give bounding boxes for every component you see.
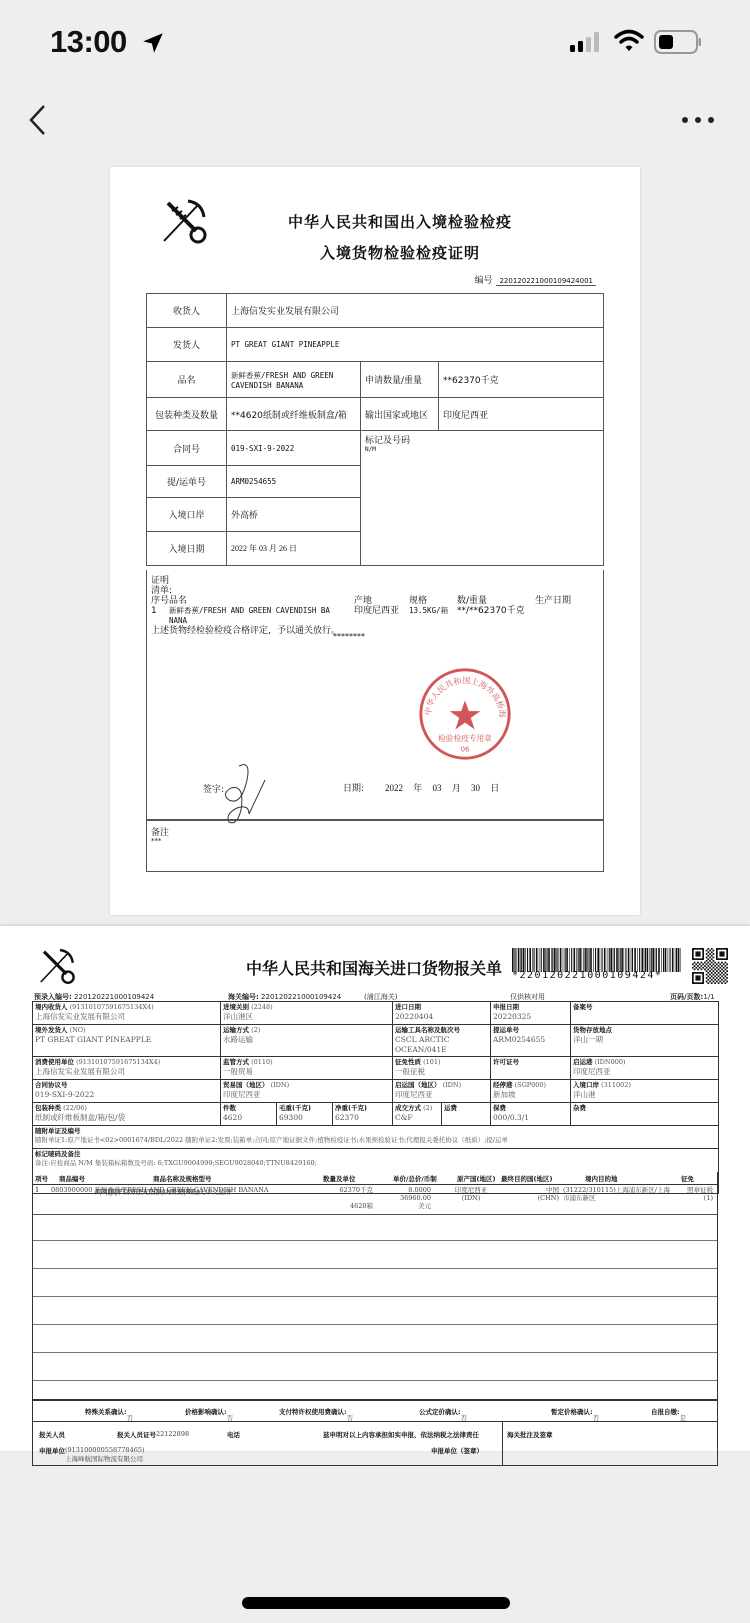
list-item: 1 新鲜香蕉/FRESH AND GREEN CAVENDISH BA 印度尼西… (151, 606, 595, 616)
goods-col-header: 单价/总价/币制 (393, 1174, 437, 1183)
entry-date-value: 2022 年 03 月 26 日 (227, 532, 361, 566)
origin-country-label: 输出国家或地区 (361, 398, 439, 431)
date-value: 2022 年 03 月 30 日 (385, 781, 499, 794)
item-name-cont: NANA (169, 616, 354, 626)
decl-field: 贸易国（地区） (IDN)印度尼西亚 (221, 1080, 393, 1103)
unit-stamp-label: 申报单位（签章） (431, 1446, 483, 1455)
item-spec: 13.5KG/箱 (409, 606, 457, 616)
goods-col-header: 商品名称及规格型号 (153, 1174, 212, 1183)
contract-value: 019-SXI-9-2022 (227, 431, 361, 466)
decl-field: 成交方式 (2)C&F (393, 1103, 442, 1126)
decl-field: 运费 (442, 1103, 491, 1126)
decl-field: 合同协议号 019-SXI-9-2022 (33, 1080, 221, 1103)
decl-field: 监管方式 (0110)一般贸易 (221, 1057, 393, 1080)
col-spec: 规格 (409, 596, 457, 606)
svg-text:检验检疫专用章: 检验检疫专用章 (438, 733, 492, 743)
decl-field: 消费使用单位 (91310107591675134X4)上海信发实业发展有限公司 (33, 1057, 221, 1080)
consignor-value: PT GREAT GIANT PINEAPPLE (227, 328, 604, 362)
goods-col-header: 商品编号 (59, 1174, 85, 1183)
col-origin: 产地 (354, 596, 409, 606)
serial-value: 220120221000109424001 (496, 277, 596, 286)
decl-field: 件数 4620 (221, 1103, 277, 1126)
decl-field: 申报日期 20220325 (491, 1002, 571, 1025)
origin-country-value: 印度尼西亚 (439, 398, 604, 431)
quantity-value: **62370千克 (439, 362, 604, 398)
item-no: 1 (151, 606, 169, 616)
product-value: 新鲜香蕉/FRESH AND GREEN CAVENDISH BANANA (227, 362, 361, 398)
entry-date-label: 入境日期 (147, 532, 227, 566)
customs-approval-label: 海关批注及签章 (507, 1430, 553, 1439)
list-label: 清单: (151, 586, 595, 596)
goods-col-header: 最终目的国(地区) (501, 1174, 552, 1183)
goods-col-header: 征免 (681, 1174, 694, 1183)
declaring-unit: 申报单位 (913100000558778465)上海峰航国际物流有限公司 (39, 1446, 65, 1455)
decl-field: 进境关别 (2248)洋山港区 (221, 1002, 393, 1025)
goods-row: 1 0803900000 新鲜香蕉/FRESH AND GREEN CAVEND… (33, 1184, 717, 1215)
decl-field: 境内收货人 (91310107591675134X4)上海信发实业发展有限公司 (33, 1002, 221, 1025)
marks-label: 标记及号码 (365, 433, 599, 446)
serial-label: 编号 (474, 276, 492, 286)
stars: ******** (333, 632, 365, 641)
confirmation-item: 支付特许权使用费确认:否 (279, 1407, 347, 1416)
bl-label: 提/运单号 (147, 466, 227, 498)
decl-field: 运输工具名称及航次号 CSCL ARCTIC OCEAN/041E (393, 1025, 491, 1057)
nav-bar (0, 90, 750, 150)
packing-label: 包装种类及数量 (147, 398, 227, 431)
cellular-signal-icon (568, 30, 606, 54)
decl-field: 入境口岸 (311002)洋山港 (571, 1080, 719, 1103)
decl-field: 启运国（地区） (IDN)印度尼西亚 (393, 1080, 491, 1103)
goods-col-header: 项号 (35, 1174, 48, 1183)
declarant-id: 报关人员证号22122898 (117, 1430, 156, 1439)
certificate-info-table: 收货人 上海信发实业发展有限公司 发货人 PT GREAT GIANT PINE… (146, 293, 604, 566)
decl-field: 许可证号 (491, 1057, 571, 1080)
official-seal-icon: 中华人民共和国上海外高桥海关 检验检疫专用章 06 (417, 666, 513, 762)
qr-code-icon (692, 948, 728, 984)
col-no: 序号 (151, 596, 169, 606)
status-bar: 13:00 (0, 0, 750, 90)
barcode-text: *220120221000109424* (512, 970, 662, 981)
item-name: 新鲜香蕉/FRESH AND GREEN CAVENDISH BA (169, 606, 354, 616)
consignee-value: 上海信发实业发展有限公司 (227, 294, 604, 328)
declarant-label: 报关人员 (39, 1430, 65, 1439)
confirmations-row: 特殊关系确认:否价格影响确认:否支付特许权使用费确认:否公式定价确认:否暂定价格… (32, 1400, 718, 1422)
certificate-serial: 编号220120221000109424001 (474, 273, 596, 286)
remark-box: 备注 *** (146, 820, 604, 872)
more-options-button[interactable] (680, 110, 716, 130)
customs-declaration-page[interactable]: 中华人民共和国海关进口货物报关单 *220120221000109424* 预录… (0, 926, 750, 1451)
decl-field: 净重(千克) 62370 (333, 1103, 393, 1126)
remark-value: *** (151, 838, 599, 844)
barcode-icon (512, 948, 682, 972)
back-button[interactable] (22, 100, 52, 140)
confirmation-item: 暂定价格确认:否 (551, 1407, 593, 1416)
consignee-label: 收货人 (147, 294, 227, 328)
port-label: 入境口岸 (147, 498, 227, 532)
goods-col-header: 原产国(地区) (457, 1174, 495, 1183)
home-indicator[interactable] (242, 1597, 510, 1609)
more-horizontal-icon (680, 110, 716, 130)
item-prod-date (535, 606, 595, 616)
goods-col-header: 数量及单位 (323, 1174, 356, 1183)
declaration-table: 境内收货人 (91310107591675134X4)上海信发实业发展有限公司进… (32, 1001, 719, 1194)
statement: 兹申明对以上内容承担如实申报、依法纳税之法律责任 (323, 1430, 479, 1439)
goods-col-header: 境内目的地 (585, 1174, 618, 1183)
decl-field: 经停港 (SGP000)新加坡 (491, 1080, 571, 1103)
location-arrow-icon (140, 30, 166, 56)
decl-field: 货物存放地点 洋山一期 (571, 1025, 719, 1057)
decl-field: 运输方式 (2)水路运输 (221, 1025, 393, 1057)
customs-emblem-icon (36, 946, 76, 986)
declaration-title: 中华人民共和国海关进口货物报关单 (246, 956, 502, 979)
decl-field: 提运单号 ARM0254655 (491, 1025, 571, 1057)
chevron-left-icon (22, 100, 52, 140)
wifi-icon (614, 28, 644, 54)
item-qty: **/**62370千克 (457, 606, 535, 616)
list-header: 序号 品名 产地 规格 数/重量 生产日期 (151, 596, 595, 606)
contract-label: 合同号 (147, 431, 227, 466)
decl-field: 启运港 (IDN000)印度尼西亚 (571, 1057, 719, 1080)
decl-field: 进口日期 20220404 (393, 1002, 491, 1025)
bl-value: ARM0254655 (227, 466, 361, 498)
product-label: 品名 (147, 362, 227, 398)
decl-field: 备案号 (571, 1002, 719, 1025)
decl-field: 毛重(千克) 69300 (277, 1103, 333, 1126)
conclusion: 上述货物经检验检疫合格评定，予以通关放行。 (151, 626, 595, 636)
confirmation-item: 特殊关系确认:否 (85, 1407, 127, 1416)
inspection-certificate-page[interactable]: 中华人民共和国出入境检验检疫 入境货物检验检疫证明 编号220120221000… (110, 167, 640, 915)
col-prod-date: 生产日期 (535, 596, 595, 606)
certificate-title-line2: 入境货物检验检疫证明 (110, 242, 640, 263)
remark-label: 备注 (151, 825, 599, 838)
attached-docs: 随附单证及编号随附单证1:原产地证书<02>0001674/BDL/2022 随… (33, 1126, 719, 1149)
decl-field: 境外发货人 (NO)PT GREAT GIANT PINEAPPLE (33, 1025, 221, 1057)
marks-value: N/M (365, 446, 599, 453)
goods-table: 项号商品编号商品名称及规格型号数量及单位单价/总价/币制原产国(地区)最终目的国… (32, 1172, 718, 1400)
col-name: 品名 (169, 596, 354, 606)
packing-value: **4620纸制或纤维板制盒/箱 (227, 398, 361, 431)
statement-heading: 证明 (151, 576, 595, 586)
confirmation-item: 公式定价确认:否 (419, 1407, 461, 1416)
date-label: 日期: (343, 781, 364, 794)
certificate-statement: 证明 清单: 序号 品名 产地 规格 数/重量 生产日期 1 新鲜香蕉/FRES… (146, 570, 604, 820)
certificate-title-line1: 中华人民共和国出入境检验检疫 (110, 211, 640, 232)
decl-field: 征免性质 (101)一般征税 (393, 1057, 491, 1080)
clock-time: 13:00 (50, 24, 127, 60)
battery-icon (654, 30, 702, 54)
col-qty: 数/重量 (457, 596, 535, 606)
svg-text:06: 06 (461, 745, 470, 753)
consignor-label: 发货人 (147, 328, 227, 362)
declaration-footer: 报关人员 报关人员证号22122898 电话 兹申明对以上内容承担如实申报、依法… (32, 1422, 718, 1466)
decl-field: 保费 000/0.3/1 (491, 1103, 571, 1126)
port-value: 外高桥 (227, 498, 361, 532)
decl-field: 包装种类 (22/06)纸制或纤维板制盒/箱/包/袋 (33, 1103, 221, 1126)
quantity-label: 申请数量/重量 (361, 362, 439, 398)
confirmation-item: 自报自缴:是 (651, 1407, 680, 1416)
confirmation-item: 价格影响确认:否 (185, 1407, 227, 1416)
decl-field: 杂费 (571, 1103, 719, 1126)
phone-label: 电话 (227, 1430, 240, 1439)
item-origin: 印度尼西亚 (354, 606, 409, 616)
